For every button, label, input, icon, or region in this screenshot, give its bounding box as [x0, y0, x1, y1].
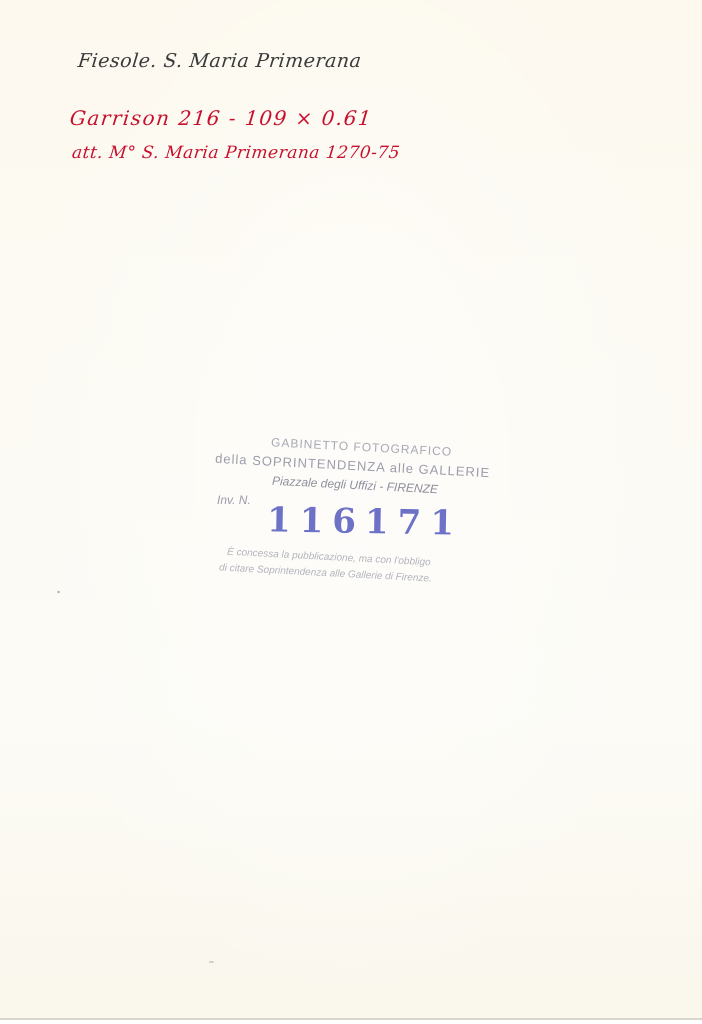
handwritten-attribution: att. M° S. Maria Primerana 1270-75 [71, 143, 401, 163]
stamp-address: Piazzale degli Uffizi - FIRENZE [272, 474, 439, 497]
paper-speck [57, 591, 60, 593]
paper-speck [209, 961, 214, 963]
handwritten-title: Fiesole. S. Maria Primerana [77, 50, 363, 72]
stamp-inventory-label: Inv. N. [217, 493, 251, 507]
handwritten-catalog-reference: Garrison 216 - 109 × 0.61 [69, 106, 374, 130]
stamp-inventory-number: 116171 [267, 500, 464, 543]
archive-stamp: GABINETTO FOTOGRAFICO della SOPRINTENDEN… [205, 440, 495, 610]
